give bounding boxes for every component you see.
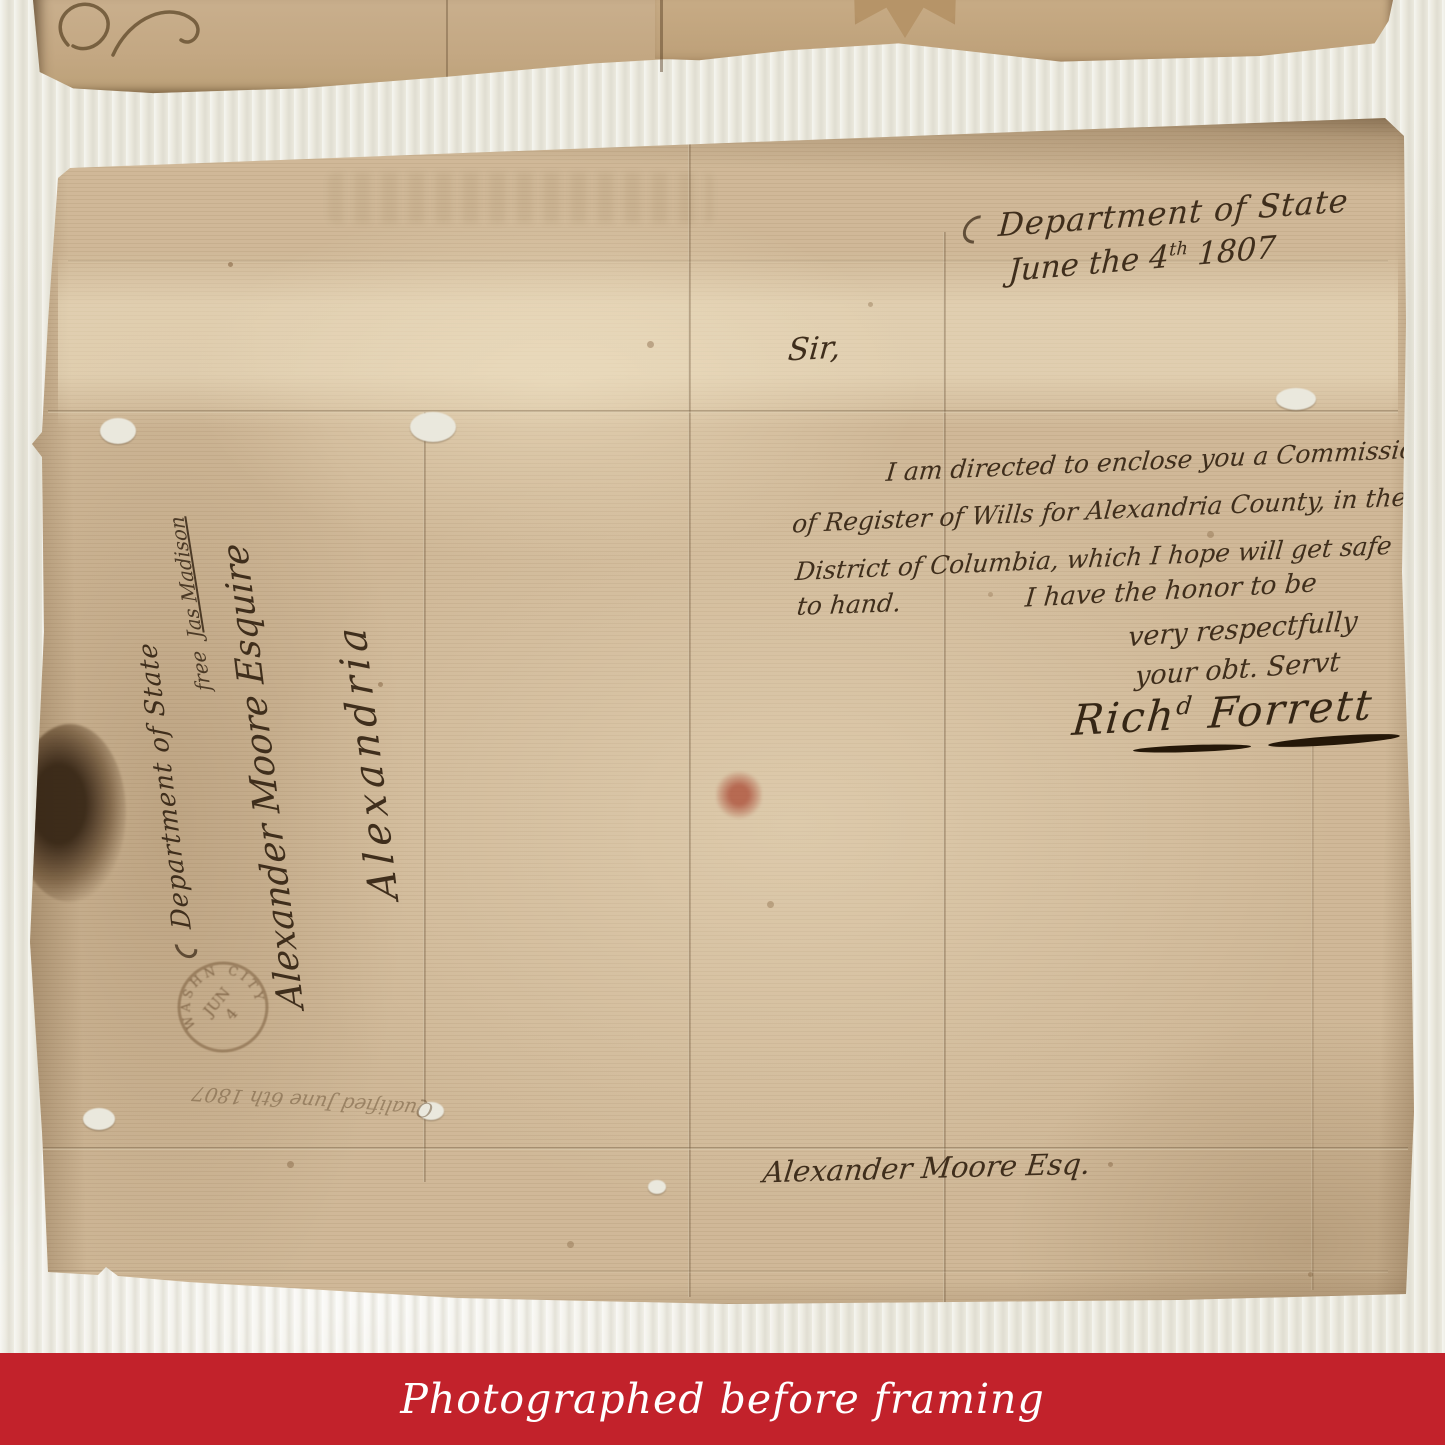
paper-loss-chip <box>1276 388 1316 410</box>
address-recipient: Alexander Moore Esquire <box>217 543 310 1008</box>
crease-light-band <box>58 252 1398 427</box>
paper-scrap-top-left <box>33 0 701 96</box>
paper-loss-chip <box>410 412 456 442</box>
horizontal-fold-1 <box>48 410 1398 413</box>
caption-band: Photographed before framing <box>0 1353 1445 1445</box>
pen-flourish <box>170 931 202 962</box>
body-line: to hand. <box>796 590 903 619</box>
address-panel: Department of State free Jas Madison Ale… <box>140 440 440 1040</box>
caption-text: Photographed before framing <box>400 1375 1044 1423</box>
address-city: Alexandria <box>331 622 405 900</box>
product-photo: Department of State June the 4th 1807 Si… <box>0 0 1445 1445</box>
red-wax-smudge <box>716 770 762 820</box>
salutation: Sir, <box>787 333 842 367</box>
wax-stain <box>14 724 126 902</box>
letter-sheet: Department of State June the 4th 1807 Si… <box>28 112 1420 1340</box>
scrap-fold-line <box>446 0 448 82</box>
embossed-seal <box>805 0 1005 38</box>
paper-loss-chip <box>648 1180 666 1194</box>
scrap-junction-fold <box>660 0 663 72</box>
paper-scrap-top-right <box>655 0 1393 70</box>
paper-loss-chip <box>83 1108 115 1130</box>
vertical-fold-4 <box>1311 742 1314 1290</box>
address-frank: free Jas Madison <box>166 516 214 691</box>
vertical-fold-2 <box>688 132 691 1297</box>
horizontal-fold-3 <box>48 1270 1388 1273</box>
postmark-day: 4 <box>221 1005 241 1024</box>
docket-name: Alexander Moore Esq. <box>761 1150 1091 1188</box>
vertical-fold-3 <box>943 232 946 1302</box>
horizontal-fold-2 <box>43 1147 1408 1150</box>
paper-loss-chip <box>100 418 136 444</box>
ink-bleedthrough <box>328 172 713 224</box>
address-sender: Department of State <box>134 642 199 959</box>
foxing-specks <box>228 262 233 267</box>
handwriting-flourish <box>43 0 263 75</box>
